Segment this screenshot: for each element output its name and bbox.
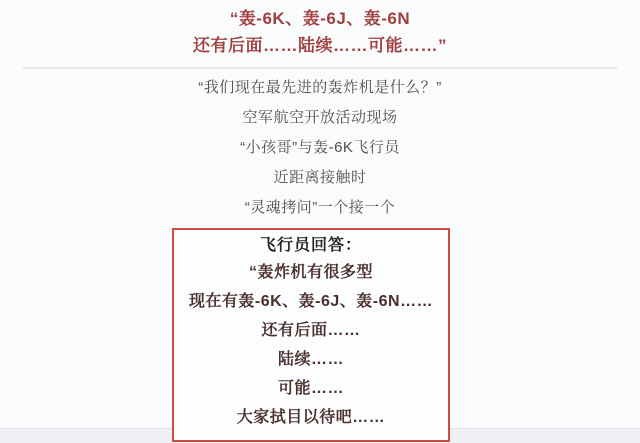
quote-line: “轰炸机有很多型: [174, 259, 448, 287]
article-body: “我们现在最先进的轰炸机是什么？” 空军航空开放活动现场 “小孩哥”与轰-6K飞…: [0, 73, 640, 223]
pilot-answer-quote-box: 飞行员回答： “轰炸机有很多型 现在有轰-6K、轰-6J、轰-6N…… 还有后面…: [172, 228, 450, 442]
body-line: “小孩哥”与轰-6K飞行员: [0, 133, 640, 163]
body-line: 空军航空开放活动现场: [0, 103, 640, 133]
section-divider: [23, 67, 617, 69]
header-quote-section: “轰-6K、轰-6J、轰-6N 还有后面……陆续……可能……”: [0, 0, 640, 59]
body-line: “我们现在最先进的轰炸机是什么？”: [0, 73, 640, 103]
body-line: “灵魂拷问”一个接一个: [0, 193, 640, 223]
quote-line: 陆续……: [174, 346, 448, 374]
article-page: “轰-6K、轰-6J、轰-6N 还有后面……陆续……可能……” “我们现在最先进…: [0, 0, 640, 443]
quote-line: 可能……: [174, 375, 448, 403]
quote-box-title: 飞行员回答：: [174, 234, 448, 258]
quote-line: 还有后面……: [174, 317, 448, 345]
header-line: 还有后面……陆续……可能……”: [0, 32, 640, 59]
quote-line: 现在有轰-6K、轰-6J、轰-6N……: [174, 288, 448, 316]
header-line: “轰-6K、轰-6J、轰-6N: [0, 5, 640, 32]
quote-line: 大家拭目以待吧……: [174, 404, 448, 432]
body-line: 近距离接触时: [0, 163, 640, 193]
